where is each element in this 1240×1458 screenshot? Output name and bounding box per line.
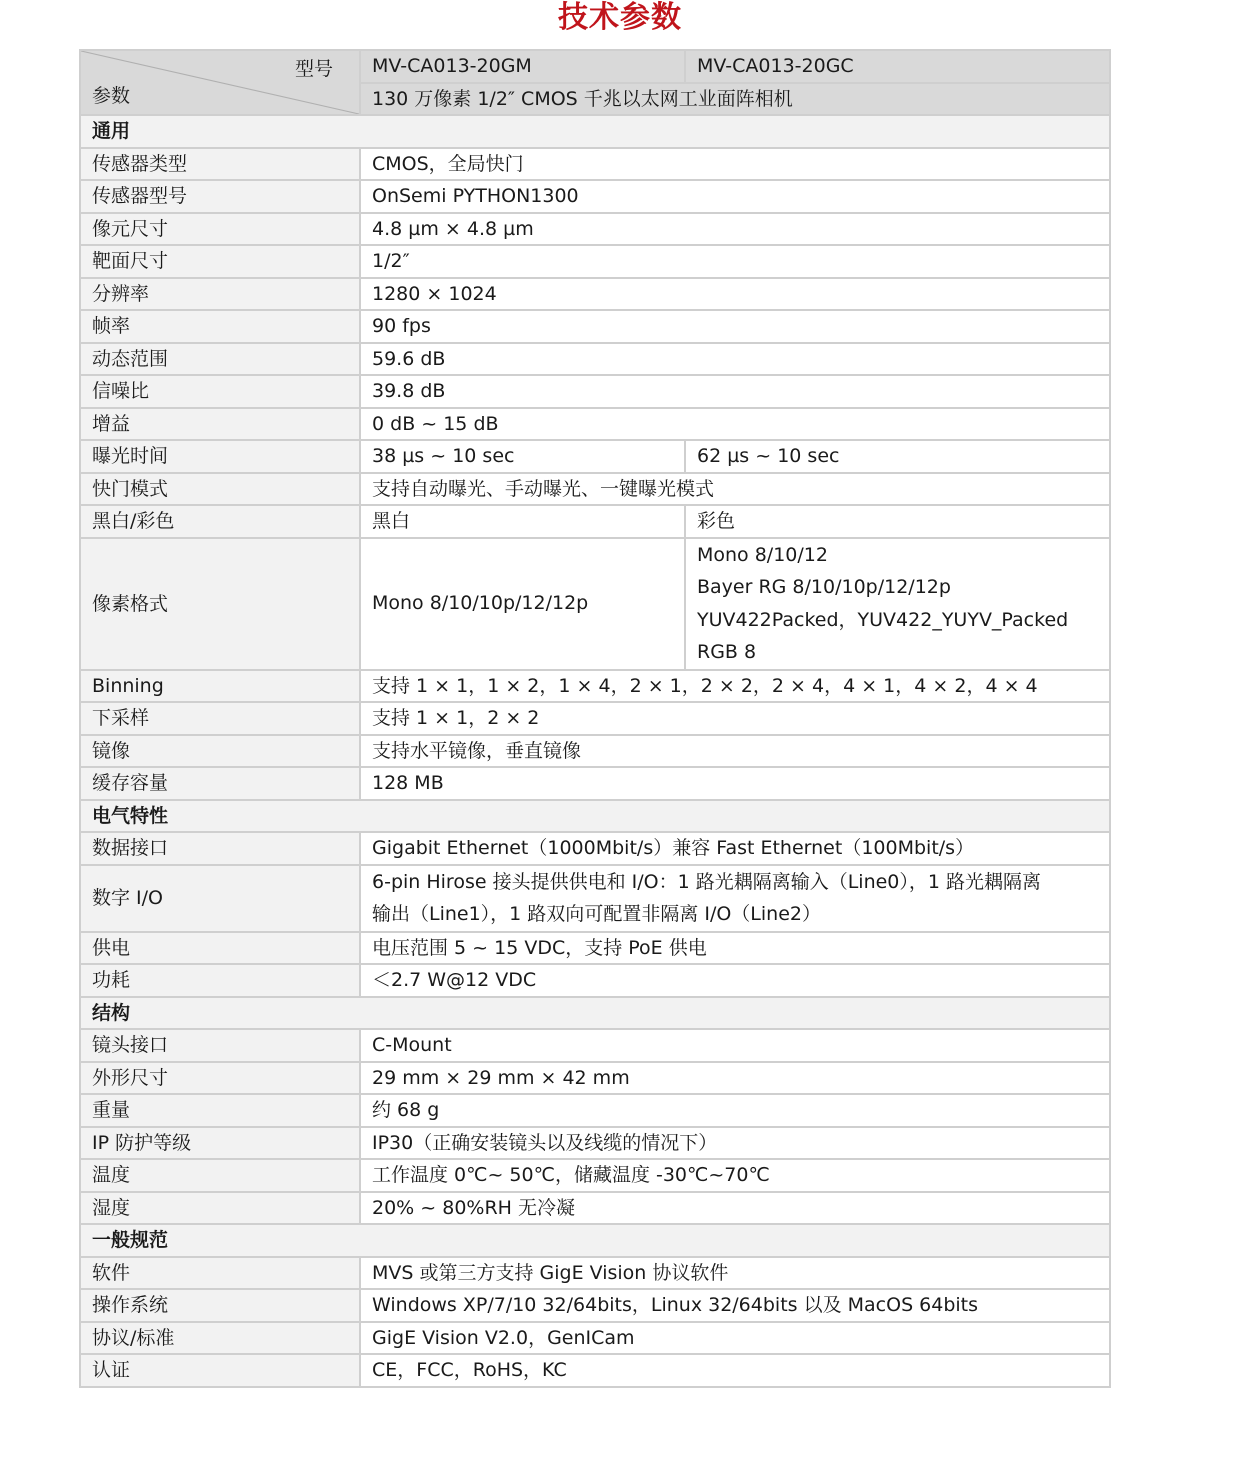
row-value: 4.8 µm × 4.8 µm xyxy=(360,213,1110,246)
row-label: 认证 xyxy=(80,1354,360,1387)
table-row: 下采样支持 1 × 1，2 × 2 xyxy=(80,702,1110,735)
row-value: 支持水平镜像，垂直镜像 xyxy=(360,735,1110,768)
row-value: IP30（正确安装镜头以及线缆的情况下） xyxy=(360,1127,1110,1160)
row-label: 快门模式 xyxy=(80,473,360,506)
table-row-pixel-format: 像素格式 Mono 8/10/10p/12/12p Mono 8/10/12 B… xyxy=(80,538,1110,670)
row-label: 分辨率 xyxy=(80,278,360,311)
row-value: 29 mm × 29 mm × 42 mm xyxy=(360,1062,1110,1095)
row-label: 数据接口 xyxy=(80,832,360,865)
io-line: 输出（Line1），1 路双向可配置非隔离 I/O（Line2） xyxy=(372,898,1109,931)
row-value: 支持 1 × 1，2 × 2 xyxy=(360,702,1110,735)
table-row: 软件MVS 或第三方支持 GigE Vision 协议软件 xyxy=(80,1257,1110,1290)
row-label: 供电 xyxy=(80,932,360,965)
table-row: 温度工作温度 0℃~ 50℃，储藏温度 -30℃~70℃ xyxy=(80,1159,1110,1192)
row-label: 缓存容量 xyxy=(80,767,360,800)
table-row: 缓存容量128 MB xyxy=(80,767,1110,800)
table-row: 外形尺寸29 mm × 29 mm × 42 mm xyxy=(80,1062,1110,1095)
table-row: 像元尺寸4.8 µm × 4.8 µm xyxy=(80,213,1110,246)
section-spec: 一般规范 xyxy=(80,1224,1110,1257)
product-description: 130 万像素 1/2″ CMOS 千兆以太网工业面阵相机 xyxy=(360,83,1110,116)
row-value: 6-pin Hirose 接头提供供电和 I/O：1 路光耦隔离输入（Line0… xyxy=(360,865,1110,932)
param-header-label: 参数 xyxy=(92,80,130,112)
section-title: 结构 xyxy=(80,997,1110,1030)
table-row: 湿度20% ~ 80%RH 无冷凝 xyxy=(80,1192,1110,1225)
row-label: 温度 xyxy=(80,1159,360,1192)
row-value: 支持自动曝光、手动曝光、一键曝光模式 xyxy=(360,473,1110,506)
row-value: 128 MB xyxy=(360,767,1110,800)
table-row: 增益0 dB ~ 15 dB xyxy=(80,408,1110,441)
section-title: 电气特性 xyxy=(80,800,1110,833)
row-label: 黑白/彩色 xyxy=(80,505,360,538)
row-value: MVS 或第三方支持 GigE Vision 协议软件 xyxy=(360,1257,1110,1290)
model-gm: MV-CA013-20GM xyxy=(360,50,685,83)
row-label: 像元尺寸 xyxy=(80,213,360,246)
table-row: 靶面尺寸1/2″ xyxy=(80,245,1110,278)
section-title: 通用 xyxy=(80,115,1110,148)
header-diagonal-cell: 型号 参数 xyxy=(80,50,360,115)
exposure-gc: 62 µs ~ 10 sec xyxy=(685,440,1110,473)
row-label: 镜头接口 xyxy=(80,1029,360,1062)
row-value: 20% ~ 80%RH 无冷凝 xyxy=(360,1192,1110,1225)
pixel-format-gc-line: YUV422Packed，YUV422_YUYV_Packed xyxy=(697,604,1109,637)
table-row: 镜像支持水平镜像，垂直镜像 xyxy=(80,735,1110,768)
row-value: 电压范围 5 ~ 15 VDC，支持 PoE 供电 xyxy=(360,932,1110,965)
exposure-gm: 38 µs ~ 10 sec xyxy=(360,440,685,473)
row-label: 增益 xyxy=(80,408,360,441)
row-value: Windows XP/7/10 32/64bits，Linux 32/64bit… xyxy=(360,1289,1110,1322)
row-label: 信噪比 xyxy=(80,375,360,408)
row-label: 重量 xyxy=(80,1094,360,1127)
table-row: Binning支持 1 × 1，1 × 2，1 × 4，2 × 1，2 × 2，… xyxy=(80,670,1110,703)
row-value: 0 dB ~ 15 dB xyxy=(360,408,1110,441)
row-label: 动态范围 xyxy=(80,343,360,376)
table-row-io: 数字 I/O 6-pin Hirose 接头提供供电和 I/O：1 路光耦隔离输… xyxy=(80,865,1110,932)
page-title: 技术参数 xyxy=(0,0,1240,36)
row-label: 下采样 xyxy=(80,702,360,735)
table-row: 操作系统Windows XP/7/10 32/64bits，Linux 32/6… xyxy=(80,1289,1110,1322)
table-row: 重量约 68 g xyxy=(80,1094,1110,1127)
row-label: 曝光时间 xyxy=(80,440,360,473)
table-row-consumption: 功耗 ＜2.7 W@12 VDC xyxy=(80,964,1110,997)
table-row: 信噪比39.8 dB xyxy=(80,375,1110,408)
row-label: 软件 xyxy=(80,1257,360,1290)
table-row-exposure: 曝光时间 38 µs ~ 10 sec 62 µs ~ 10 sec xyxy=(80,440,1110,473)
row-value: 工作温度 0℃~ 50℃，储藏温度 -30℃~70℃ xyxy=(360,1159,1110,1192)
row-label: 操作系统 xyxy=(80,1289,360,1322)
row-value: 59.6 dB xyxy=(360,343,1110,376)
section-electrical: 电气特性 xyxy=(80,800,1110,833)
section-general: 通用 xyxy=(80,115,1110,148)
table-row-power: 供电 电压范围 5 ~ 15 VDC，支持 PoE 供电 xyxy=(80,932,1110,965)
row-value: CMOS，全局快门 xyxy=(360,148,1110,181)
section-title: 一般规范 xyxy=(80,1224,1110,1257)
row-value: GigE Vision V2.0，GenICam xyxy=(360,1322,1110,1355)
row-value: OnSemi PYTHON1300 xyxy=(360,180,1110,213)
table-row: 协议/标准GigE Vision V2.0，GenICam xyxy=(80,1322,1110,1355)
row-label: 靶面尺寸 xyxy=(80,245,360,278)
table-row-shutter: 快门模式 支持自动曝光、手动曝光、一键曝光模式 xyxy=(80,473,1110,506)
table-row: 认证CE，FCC，RoHS，KC xyxy=(80,1354,1110,1387)
row-label: 传感器类型 xyxy=(80,148,360,181)
row-value: C-Mount xyxy=(360,1029,1110,1062)
row-value: Gigabit Ethernet（1000Mbit/s）兼容 Fast Ethe… xyxy=(360,832,1110,865)
row-value: 1280 × 1024 xyxy=(360,278,1110,311)
table-row-interface: 数据接口 Gigabit Ethernet（1000Mbit/s）兼容 Fast… xyxy=(80,832,1110,865)
row-label: 帧率 xyxy=(80,310,360,343)
row-label: 功耗 xyxy=(80,964,360,997)
pixel-format-gc-line: Mono 8/10/12 xyxy=(697,539,1109,572)
row-label: 湿度 xyxy=(80,1192,360,1225)
row-value: 39.8 dB xyxy=(360,375,1110,408)
color-gc: 彩色 xyxy=(685,505,1110,538)
io-line: 6-pin Hirose 接头提供供电和 I/O：1 路光耦隔离输入（Line0… xyxy=(372,866,1109,899)
color-gm: 黑白 xyxy=(360,505,685,538)
row-label: 协议/标准 xyxy=(80,1322,360,1355)
section-structure: 结构 xyxy=(80,997,1110,1030)
table-row: 传感器类型CMOS，全局快门 xyxy=(80,148,1110,181)
table-row-color: 黑白/彩色 黑白 彩色 xyxy=(80,505,1110,538)
row-label: 传感器型号 xyxy=(80,180,360,213)
table-row: 动态范围59.6 dB xyxy=(80,343,1110,376)
table-row: 镜头接口C-Mount xyxy=(80,1029,1110,1062)
pixel-format-gc-line: Bayer RG 8/10/10p/12/12p xyxy=(697,571,1109,604)
row-label: IP 防护等级 xyxy=(80,1127,360,1160)
row-label: 镜像 xyxy=(80,735,360,768)
model-header-label: 型号 xyxy=(295,53,333,85)
row-label: 外形尺寸 xyxy=(80,1062,360,1095)
row-label: Binning xyxy=(80,670,360,703)
row-value: CE，FCC，RoHS，KC xyxy=(360,1354,1110,1387)
table-row: 传感器型号OnSemi PYTHON1300 xyxy=(80,180,1110,213)
header-row-model: 型号 参数 MV-CA013-20GM MV-CA013-20GC xyxy=(80,50,1110,83)
table-row: IP 防护等级IP30（正确安装镜头以及线缆的情况下） xyxy=(80,1127,1110,1160)
pixel-format-gm: Mono 8/10/10p/12/12p xyxy=(360,538,685,670)
spec-table: 型号 参数 MV-CA013-20GM MV-CA013-20GC 130 万像… xyxy=(79,49,1111,1388)
row-label: 像素格式 xyxy=(80,538,360,670)
row-value: 支持 1 × 1，1 × 2，1 × 4，2 × 1，2 × 2，2 × 4，4… xyxy=(360,670,1110,703)
table-row: 帧率90 fps xyxy=(80,310,1110,343)
pixel-format-gc-line: RGB 8 xyxy=(697,636,1109,669)
pixel-format-gc: Mono 8/10/12 Bayer RG 8/10/10p/12/12p YU… xyxy=(685,538,1110,670)
row-value: 1/2″ xyxy=(360,245,1110,278)
row-value: 约 68 g xyxy=(360,1094,1110,1127)
row-value: ＜2.7 W@12 VDC xyxy=(360,964,1110,997)
table-row: 分辨率1280 × 1024 xyxy=(80,278,1110,311)
row-value: 90 fps xyxy=(360,310,1110,343)
row-label: 数字 I/O xyxy=(80,865,360,932)
model-gc: MV-CA013-20GC xyxy=(685,50,1110,83)
